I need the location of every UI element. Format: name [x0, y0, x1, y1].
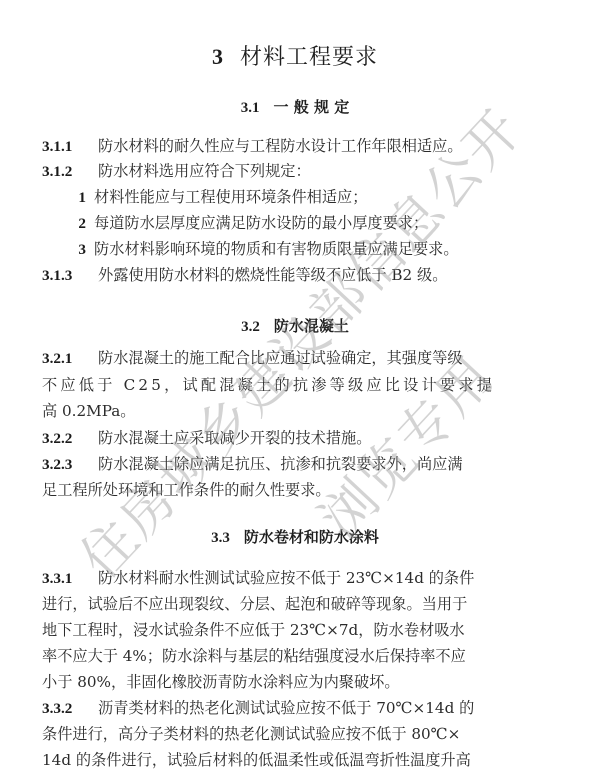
- item-text: 防水材料影响环境的物质和有害物质限量应满足要求。: [94, 240, 459, 258]
- clause-text: 14d 的条件进行，试验后材料的低温柔性或低温弯折性温度升高: [42, 751, 471, 769]
- clause-number: 3.1.3: [42, 266, 98, 286]
- clause-text: 防水混凝土应采取减少开裂的技术措施。: [98, 429, 371, 447]
- section-title-text: 防水混凝土: [274, 317, 349, 335]
- clause-3-2-3-line-2: 足工程所处环境和工作条件的耐久性要求。: [42, 480, 552, 500]
- document-page: 3材料工程要求 3.1一 般 规 定 3.1.1防水材料的耐久性应与工程防水设计…: [0, 0, 590, 782]
- clause-number: 3.3.1: [42, 569, 98, 589]
- clause-3-3-2-line-1: 3.3.2沥青类材料的热老化测试试验应按不低于 70℃×14d 的: [42, 698, 552, 719]
- clause-text: 高 0.2MPa。: [42, 402, 136, 420]
- clause-3-3-1-line-1: 3.3.1防水材料耐水性测试试验应按不低于 23℃×14d 的条件: [42, 568, 552, 589]
- list-item-3: 3防水材料影响环境的物质和有害物质限量应满足要求。: [42, 239, 552, 260]
- clause-3-2-3-line-1: 3.2.3防水混凝土除应满足抗压、抗渗和抗裂要求外，尚应满: [42, 454, 552, 475]
- clause-3-1-3: 3.1.3外露使用防水材料的燃烧性能等级不应低于 B2 级。: [42, 265, 552, 286]
- clause-text: 不应低于 C25，试配混凝土的抗渗等级应比设计要求提: [42, 376, 495, 394]
- clause-text: 沥青类材料的热老化测试试验应按不低于 70℃×14d 的: [98, 699, 474, 717]
- clause-number: 3.2.2: [42, 429, 98, 449]
- clause-3-3-2-line-2: 条件进行，高分子类材料的热老化测试试验应按不低于 80℃×: [42, 724, 552, 744]
- clause-3-1-1: 3.1.1防水材料的耐久性应与工程防水设计工作年限相适应。: [42, 136, 552, 157]
- section-heading-3-2: 3.2防水混凝土: [0, 315, 590, 336]
- clause-3-3-1-line-2: 进行，试验后不应出现裂纹、分层、起泡和破碎等现象。当用于: [42, 594, 552, 614]
- section-title-text: 一 般 规 定: [274, 98, 350, 116]
- clause-3-2-1-line-2: 不应低于 C25，试配混凝土的抗渗等级应比设计要求提: [42, 375, 552, 395]
- clause-text: 进行，试验后不应出现裂纹、分层、起泡和破碎等现象。当用于: [42, 595, 467, 613]
- clause-number: 3.2.1: [42, 349, 98, 369]
- item-text: 每道防水层厚度应满足防水设防的最小厚度要求；: [94, 214, 428, 232]
- list-item-1: 1材料性能应与工程使用环境条件相适应；: [42, 187, 552, 208]
- clause-number: 3.1.2: [42, 162, 98, 182]
- clause-3-3-1-line-3: 地下工程时，浸水试验条件不应低于 23℃×7d，防水卷材吸水: [42, 620, 552, 640]
- clause-text: 防水材料耐水性测试试验应按不低于 23℃×14d 的条件: [98, 569, 474, 587]
- item-number: 3: [38, 240, 94, 260]
- clause-number: 3.3.2: [42, 699, 98, 719]
- item-number: 1: [38, 188, 94, 208]
- clause-text: 防水混凝土除应满足抗压、抗渗和抗裂要求外，尚应满: [98, 455, 463, 473]
- section-title-text: 防水卷材和防水涂料: [244, 528, 379, 546]
- section-number: 3.3: [211, 530, 230, 546]
- clause-text: 防水材料的耐久性应与工程防水设计工作年限相适应。: [98, 137, 463, 155]
- section-heading-3-3: 3.3防水卷材和防水涂料: [0, 526, 590, 547]
- clause-3-3-1-line-5: 小于 80%，非固化橡胶沥青防水涂料应为内聚破坏。: [42, 672, 552, 692]
- clause-text: 地下工程时，浸水试验条件不应低于 23℃×7d，防水卷材吸水: [42, 621, 465, 639]
- chapter-number: 3: [212, 44, 224, 69]
- chapter-title: 3材料工程要求: [0, 40, 590, 71]
- item-text: 材料性能应与工程使用环境条件相适应；: [94, 188, 367, 206]
- clause-text: 足工程所处环境和工作条件的耐久性要求。: [42, 481, 331, 499]
- clause-text: 防水材料选用应符合下列规定：: [98, 162, 311, 180]
- clause-number: 3.2.3: [42, 455, 98, 475]
- section-heading-3-1: 3.1一 般 规 定: [0, 96, 590, 117]
- clause-text: 条件进行，高分子类材料的热老化测试试验应按不低于 80℃×: [42, 725, 460, 743]
- clause-number: 3.1.1: [42, 137, 98, 157]
- clause-3-2-1-line-3: 高 0.2MPa。: [42, 401, 552, 421]
- section-number: 3.2: [241, 319, 260, 335]
- clause-3-3-1-line-4: 率不应大于 4%；防水涂料与基层的粘结强度浸水后保持率不应: [42, 646, 552, 666]
- clause-3-1-2: 3.1.2防水材料选用应符合下列规定：: [42, 161, 552, 182]
- clause-text: 外露使用防水材料的燃烧性能等级不应低于 B2 级。: [98, 266, 447, 284]
- section-number: 3.1: [241, 100, 260, 116]
- chapter-title-text: 材料工程要求: [240, 45, 378, 70]
- item-number: 2: [38, 214, 94, 234]
- clause-text: 小于 80%，非固化橡胶沥青防水涂料应为内聚破坏。: [42, 673, 400, 691]
- list-item-2: 2每道防水层厚度应满足防水设防的最小厚度要求；: [42, 213, 552, 234]
- clause-text: 防水混凝土的施工配合比应通过试验确定，其强度等级: [98, 349, 463, 367]
- clause-3-2-1-line-1: 3.2.1防水混凝土的施工配合比应通过试验确定，其强度等级: [42, 348, 552, 369]
- clause-text: 率不应大于 4%；防水涂料与基层的粘结强度浸水后保持率不应: [42, 647, 466, 665]
- clause-3-3-2-line-3: 14d 的条件进行，试验后材料的低温柔性或低温弯折性温度升高: [42, 750, 552, 770]
- clause-3-2-2: 3.2.2防水混凝土应采取减少开裂的技术措施。: [42, 428, 552, 449]
